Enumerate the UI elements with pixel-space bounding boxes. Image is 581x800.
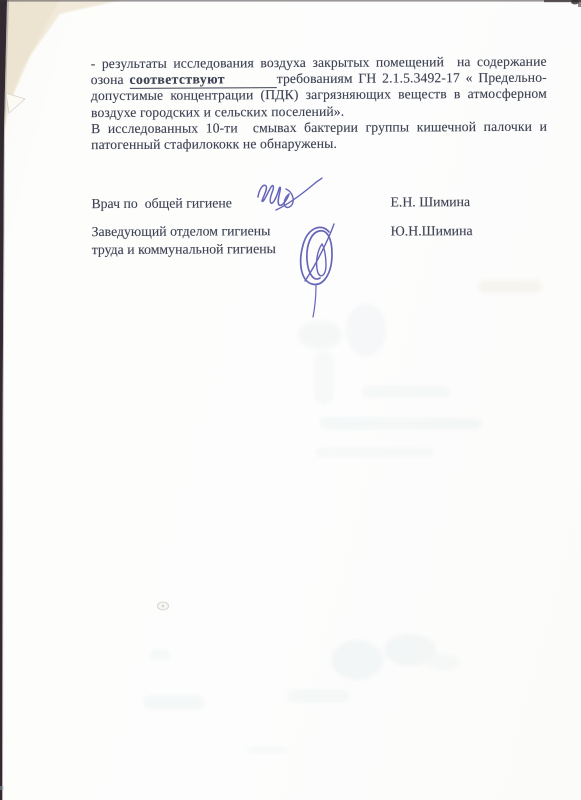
signature-2-ink xyxy=(301,224,334,317)
scanned-document-page: - результаты исследования воздуха закрыт… xyxy=(0,0,581,800)
signature-1-ink xyxy=(258,178,322,210)
handwritten-signatures xyxy=(0,0,581,800)
